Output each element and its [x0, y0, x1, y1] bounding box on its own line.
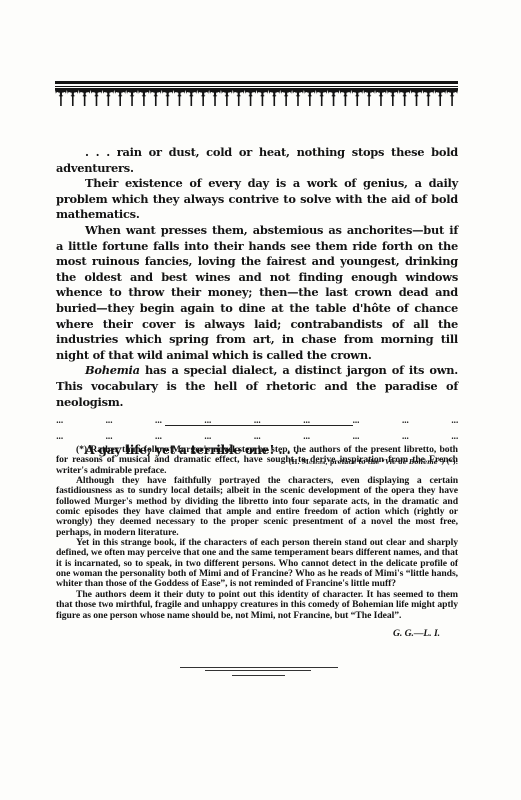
ellipsis: ...	[155, 430, 162, 442]
end-rule-long	[180, 667, 338, 668]
paragraph-bohemia: Bohemia has a special dialect, a distinc…	[56, 363, 458, 410]
paragraph-existence: Their existence of every day is a work o…	[56, 176, 458, 223]
footnote: (*) Rather than follow Murger's novel st…	[56, 445, 458, 639]
separator-rule	[165, 425, 353, 426]
paragraph-want: When want presses them, abstemious as an…	[56, 223, 458, 363]
ellipsis: ...	[155, 414, 162, 426]
ellipsis: ...	[204, 430, 211, 442]
ellipsis: ...	[105, 414, 112, 426]
ellipsis: ...	[451, 414, 458, 426]
ellipsis: ...	[105, 430, 112, 442]
footnote-paragraph: Yet in this strange book, if the charact…	[56, 538, 458, 590]
header-rule-thin	[55, 86, 458, 87]
ellipsis: ...	[56, 414, 63, 426]
footnote-paragraph: Although they have faithfully portrayed …	[56, 476, 458, 538]
ellipsis: ...	[402, 430, 409, 442]
end-rule-short	[232, 675, 285, 676]
ellipsis-row: ...........................	[56, 430, 458, 442]
ellipsis: ...	[56, 430, 63, 442]
ellipsis: ...	[303, 430, 310, 442]
ellipsis: ...	[352, 430, 359, 442]
footnote-paragraph: The authors deem it their duty to point …	[56, 590, 458, 621]
paragraph-adventurers: . . . rain or dust, cold or heat, nothin…	[56, 145, 458, 176]
fleuron-band-icon	[55, 88, 458, 107]
end-rule-medium	[205, 670, 311, 671]
ellipsis: ...	[402, 414, 409, 426]
book-page: . . . rain or dust, cold or heat, nothin…	[0, 0, 521, 800]
footnote-paragraph: (*) Rather than follow Murger's novel st…	[56, 445, 458, 476]
ellipsis: ...	[352, 414, 359, 426]
ornamental-header-band	[55, 81, 458, 107]
bohemia-word: Bohemia	[85, 363, 140, 377]
header-rule-thick	[55, 81, 458, 84]
ellipsis: ...	[451, 430, 458, 442]
main-text: . . . rain or dust, cold or heat, nothin…	[56, 145, 458, 468]
ellipsis: ...	[254, 430, 261, 442]
signature: G. G.—L. I.	[56, 629, 458, 639]
